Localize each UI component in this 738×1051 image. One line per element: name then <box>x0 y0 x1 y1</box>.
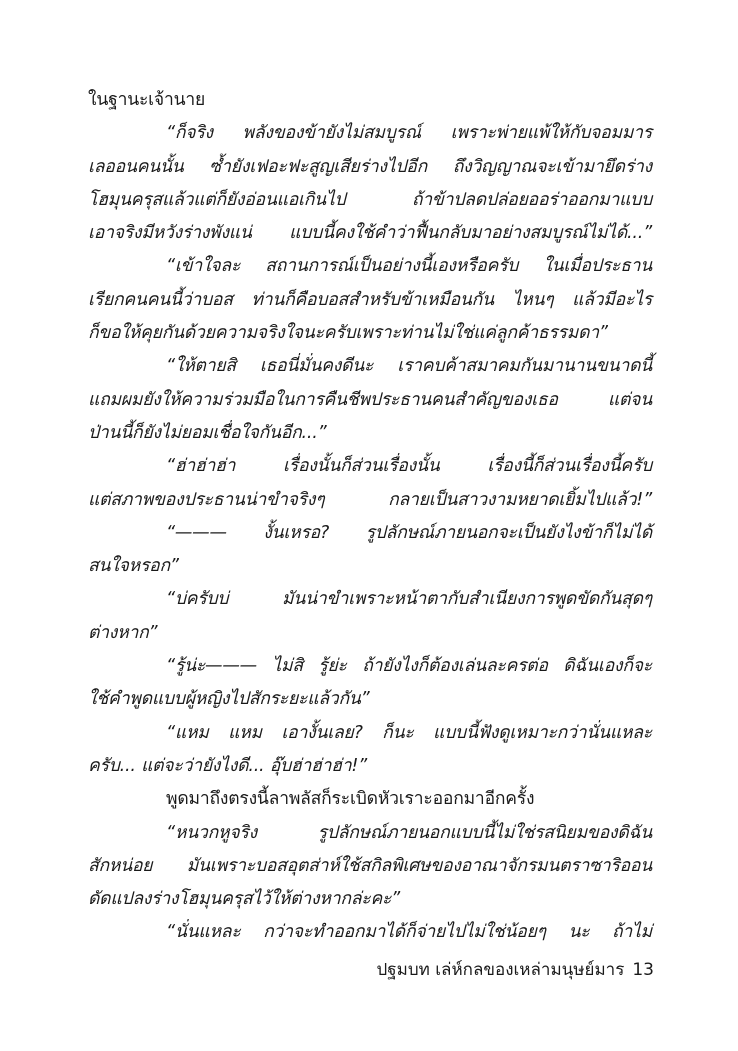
text-line: “ให้ตายสิ เธอนี่มั่นคงดีนะ เราคบค้าสมาคม… <box>88 350 652 383</box>
text-line: “รู้น่ะ——— ไม่สิ รู้ย่ะ ถ้ายังไงก็ต้องเล… <box>88 650 652 683</box>
text-line: ก็ขอให้คุยกันด้วยความจริงใจนะครับเพราะท่… <box>88 317 652 350</box>
text-line: สักหน่อย มันเพราะบอสอุตส่าห์ใช้สกิลพิเศษ… <box>88 850 652 883</box>
text-line: “ฮ่าฮ่าฮ่า เรื่องนั้นก็ส่วนเรื่องนั้น เร… <box>88 450 652 483</box>
body-text: ในฐานะเจ้านาย “ก็จริง พลังของข้ายังไม่สม… <box>88 84 652 950</box>
text-line: ในฐานะเจ้านาย <box>88 84 652 117</box>
text-line: เรียกคนคนนี้ว่าบอส ท่านก็คือบอสสำหรับข้า… <box>88 284 652 317</box>
text-line: ป่านนี้ก็ยังไม่ยอมเชื่อใจกันอีก...” <box>88 417 652 450</box>
text-line: ดัดแปลงร่างโฮมุนครุสไว้ให้ต่างหากล่ะคะ” <box>88 883 652 916</box>
text-line: แต่สภาพของประธานน่าขำจริงๆ กลายเป็นสาวงา… <box>88 484 652 517</box>
text-line: ใช้คำพูดแบบผู้หญิงไปสักระยะแล้วกัน” <box>88 683 652 716</box>
text-line: “แหม แหม เอางั้นเลย? ก็นะ แบบนี้ฟังดูเหม… <box>88 717 652 750</box>
text-line: เอาจริงมีหวังร่างพังแน่ แบบนี้คงใช้คำว่า… <box>88 217 652 250</box>
book-page: ในฐานะเจ้านาย “ก็จริง พลังของข้ายังไม่สม… <box>0 0 738 1051</box>
text-line: ครับ... แต่จะว่ายังไงดี... อุ๊บฮ่าฮ่าฮ่า… <box>88 750 652 783</box>
text-line: โฮมุนครุสแล้วแต่ก็ยังอ่อนแอเกินไป ถ้าข้า… <box>88 184 652 217</box>
text-line: แถมผมยังให้ความร่วมมือในการคืนชีพประธานค… <box>88 384 652 417</box>
text-line: “เข้าใจละ สถานการณ์เป็นอย่างนี้เองหรือคร… <box>88 250 652 283</box>
chapter-title: ปฐมบท เล่ห์กลของเหล่ามนุษย์มาร <box>376 960 624 980</box>
page-footer: ปฐมบท เล่ห์กลของเหล่ามนุษย์มาร13 <box>376 956 654 984</box>
text-line: “——— งั้นเหรอ? รูปลักษณ์ภายนอกจะเป็นยังไ… <box>88 517 652 550</box>
text-line: พูดมาถึงตรงนี้ลาพลัสก็ระเบิดหัวเราะออกมา… <box>88 783 652 816</box>
text-line: “ก็จริง พลังของข้ายังไม่สมบูรณ์ เพราะพ่า… <box>88 117 652 150</box>
text-line: เลออนคนนั้น ซ้ำยังเฟอะฟะสูญเสียร่างไปอีก… <box>88 151 652 184</box>
text-line: “นั่นแหละ กว่าจะทำออกมาได้ก็จ่ายไปไม่ใช่… <box>88 916 652 949</box>
text-line: “หนวกหูจริง รูปลักษณ์ภายนอกแบบนี้ไม่ใช่ร… <box>88 817 652 850</box>
text-line: สนใจหรอก” <box>88 550 652 583</box>
page-number: 13 <box>632 960 654 980</box>
text-line: “บ่ครับบ่ มันน่าขำเพราะหน้าตากับสำเนียงก… <box>88 583 652 616</box>
text-line: ต่างหาก” <box>88 617 652 650</box>
